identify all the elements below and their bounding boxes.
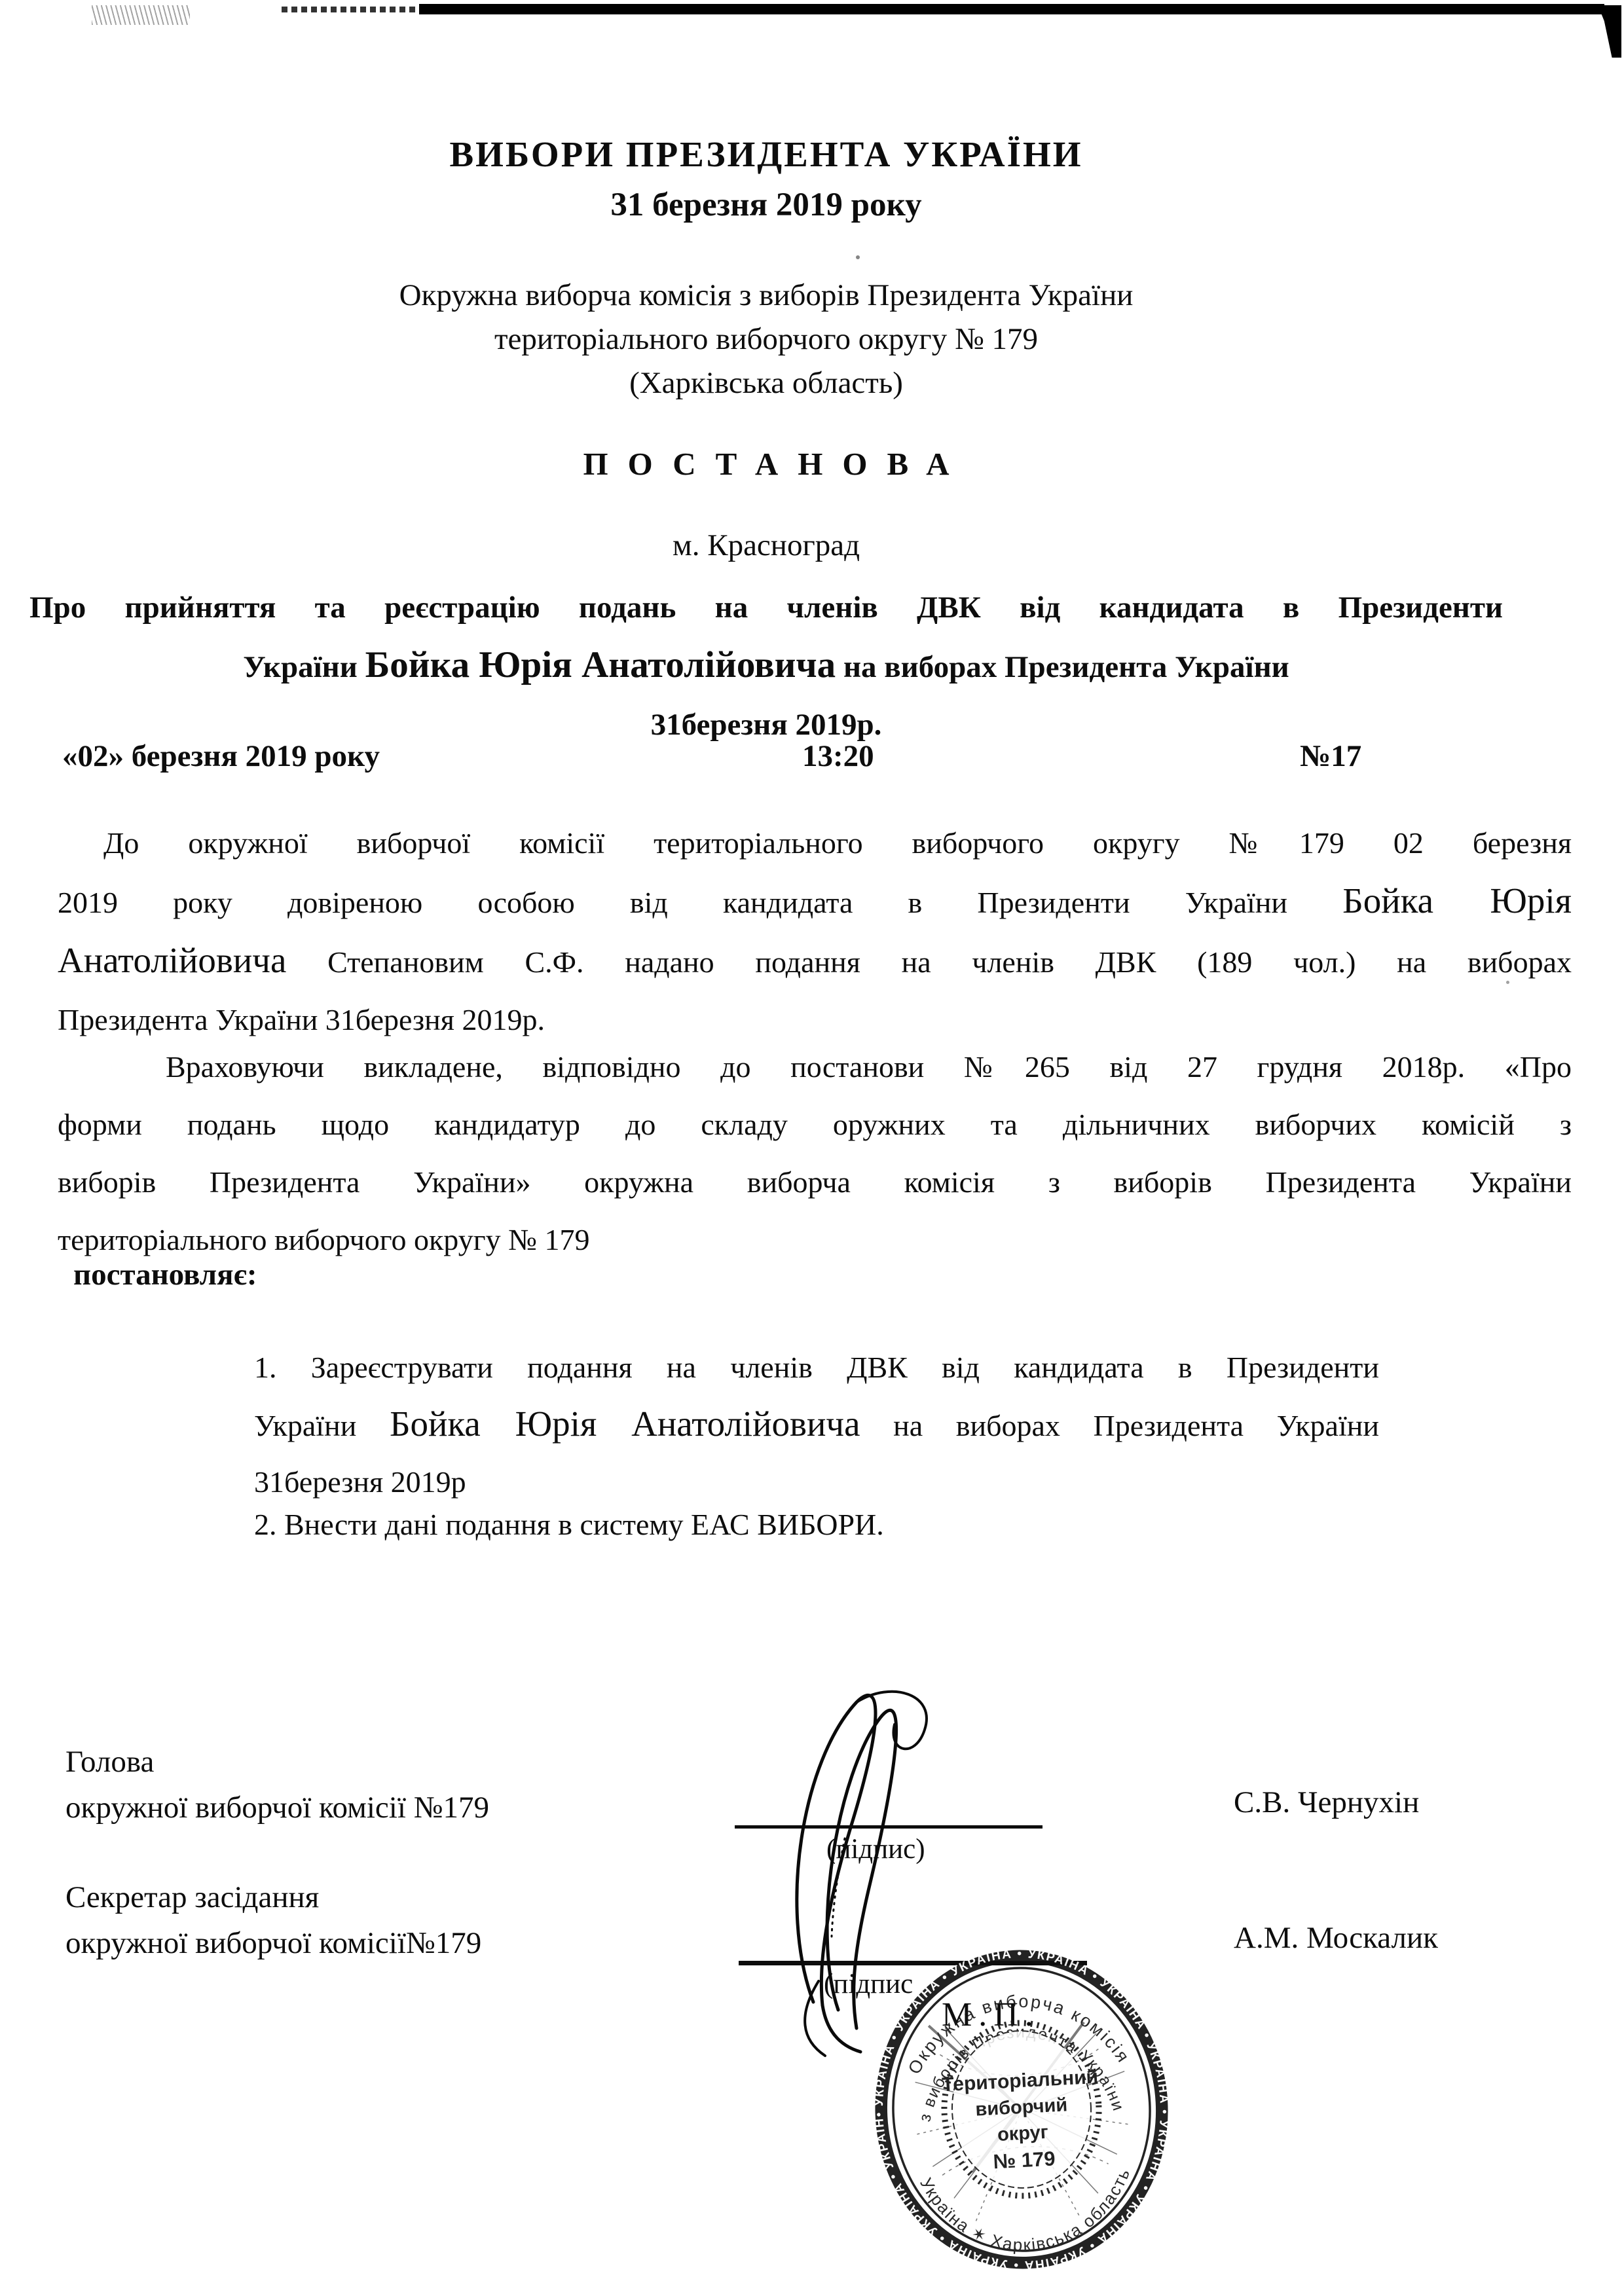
commission-line-1: Окружна виборча комісія з виборів Презид… bbox=[0, 274, 1532, 318]
candidate-name: Бойка Юрія Анатолійовича bbox=[365, 644, 836, 685]
stamp-center-line-3: округ bbox=[997, 2122, 1048, 2145]
document-type-heading: ПОСТАНОВА bbox=[0, 445, 1532, 483]
chair-role-block: Голова окружної виборчої комісії №179 bbox=[65, 1739, 489, 1831]
meta-row: «02» березня 2019 року 13:20 №17 bbox=[0, 738, 1624, 778]
paragraph-1-line-2: 2019 року довіреною особою від кандидата… bbox=[58, 872, 1572, 932]
scanned-document-page: ВИБОРИ ПРЕЗИДЕНТА УКРАЇНИ 31 березня 201… bbox=[0, 0, 1624, 2296]
chair-name: С.В. Чернухін bbox=[1234, 1785, 1419, 1820]
resolution-item-1-line-3: 31березня 2019р bbox=[254, 1454, 1379, 1510]
paragraph-2-line-2: форми подань щодо кандидатур до складу о… bbox=[58, 1096, 1572, 1154]
candidate-name-inline: Бойка Юрія Анатолійовича bbox=[390, 1404, 860, 1444]
official-stamp-seal: • УКРАЇНА • УКРАЇНА • УКРАЇНА • УКРАЇНА … bbox=[871, 1946, 1172, 2273]
stamp-center-line-4: № 179 bbox=[993, 2147, 1056, 2173]
paragraph-1-line-3-text: Степановим С.Ф. надано подання на членів… bbox=[286, 945, 1572, 979]
scan-artifact-dot bbox=[856, 255, 860, 259]
protocol-time: 13:20 bbox=[802, 738, 874, 774]
candidate-name-inline: Бойка Юрія bbox=[1342, 881, 1572, 920]
commission-line-3: (Харківська область) bbox=[0, 361, 1532, 405]
place-line: м. Красноград bbox=[0, 528, 1532, 563]
secretary-role-line-1: Секретар засідання bbox=[65, 1874, 481, 1920]
secretary-role-block: Секретар засідання окружної виборчої ком… bbox=[65, 1874, 481, 1966]
candidate-patronymic-inline: Анатолійовича bbox=[58, 940, 286, 980]
paragraph-1-line-1: До окружної виборчої комісії територіаль… bbox=[58, 814, 1572, 872]
paragraph-2-line-4: територіального виборчого округу № 179 bbox=[58, 1211, 1572, 1269]
election-date-line: 31 березня 2019 року bbox=[0, 186, 1532, 224]
protocol-number: №17 bbox=[1300, 738, 1361, 774]
resolution-item-2: 2. Внести дані подання в систему ЕАС ВИБ… bbox=[254, 1507, 1379, 1542]
protocol-date: «02» березня 2019 року bbox=[62, 738, 380, 774]
subject-line-2: України Бойка Юрія Анатолійовича на вибо… bbox=[29, 636, 1503, 696]
subject-line-2-suffix: на виборах Президента України bbox=[836, 650, 1289, 684]
subject-line-1: Про прийняття та реєстрацію подань на чл… bbox=[29, 579, 1503, 636]
resolves-heading: постановляє: bbox=[73, 1257, 257, 1292]
resolution-item-1-line-2-suffix: на виборах Президента України bbox=[860, 1409, 1379, 1442]
subject-line-2-prefix: України bbox=[243, 650, 365, 684]
resolution-item-1-line-2: України Бойка Юрія Анатолійовича на вибо… bbox=[254, 1396, 1379, 1454]
paragraph-1-line-3: Анатолійовича Степановим С.Ф. надано под… bbox=[58, 932, 1572, 991]
scan-artifact-top-band-broken bbox=[282, 7, 445, 12]
document-title: ВИБОРИ ПРЕЗИДЕНТА УКРАЇНИ bbox=[0, 134, 1532, 175]
paragraph-1-line-2-text: 2019 року довіреною особою від кандидата… bbox=[58, 886, 1342, 919]
resolution-item-1-line-1: 1. Зареєструвати подання на членів ДВК в… bbox=[254, 1339, 1379, 1396]
scan-artifact-speckles bbox=[92, 5, 190, 25]
scan-artifact-corner-mark bbox=[1600, 5, 1621, 58]
chair-role-line-1: Голова bbox=[65, 1739, 489, 1785]
secretary-role-line-2: окружної виборчої комісії№179 bbox=[65, 1920, 481, 1966]
chair-role-line-2: окружної виборчої комісії №179 bbox=[65, 1785, 489, 1831]
paragraph-2: Враховуючи викладене, відповідно до пост… bbox=[58, 1038, 1572, 1269]
commission-line-2: територіального виборчого округу № 179 bbox=[0, 318, 1532, 361]
resolution-item-1: 1. Зареєструвати подання на членів ДВК в… bbox=[254, 1339, 1379, 1510]
paragraph-2-line-1: Враховуючи викладене, відповідно до пост… bbox=[58, 1038, 1572, 1096]
paragraph-1: До окружної виборчої комісії територіаль… bbox=[58, 814, 1572, 1049]
resolution-item-1-line-2-prefix: України bbox=[254, 1409, 390, 1442]
paragraph-2-line-3: виборів Президента України» окружна вибо… bbox=[58, 1154, 1572, 1211]
secretary-name: А.М. Москалик bbox=[1234, 1920, 1438, 1956]
subject-block: Про прийняття та реєстрацію подань на чл… bbox=[29, 579, 1503, 754]
scan-artifact-top-band bbox=[419, 4, 1604, 14]
commission-block: Окружна виборча комісія з виборів Презид… bbox=[0, 274, 1532, 405]
